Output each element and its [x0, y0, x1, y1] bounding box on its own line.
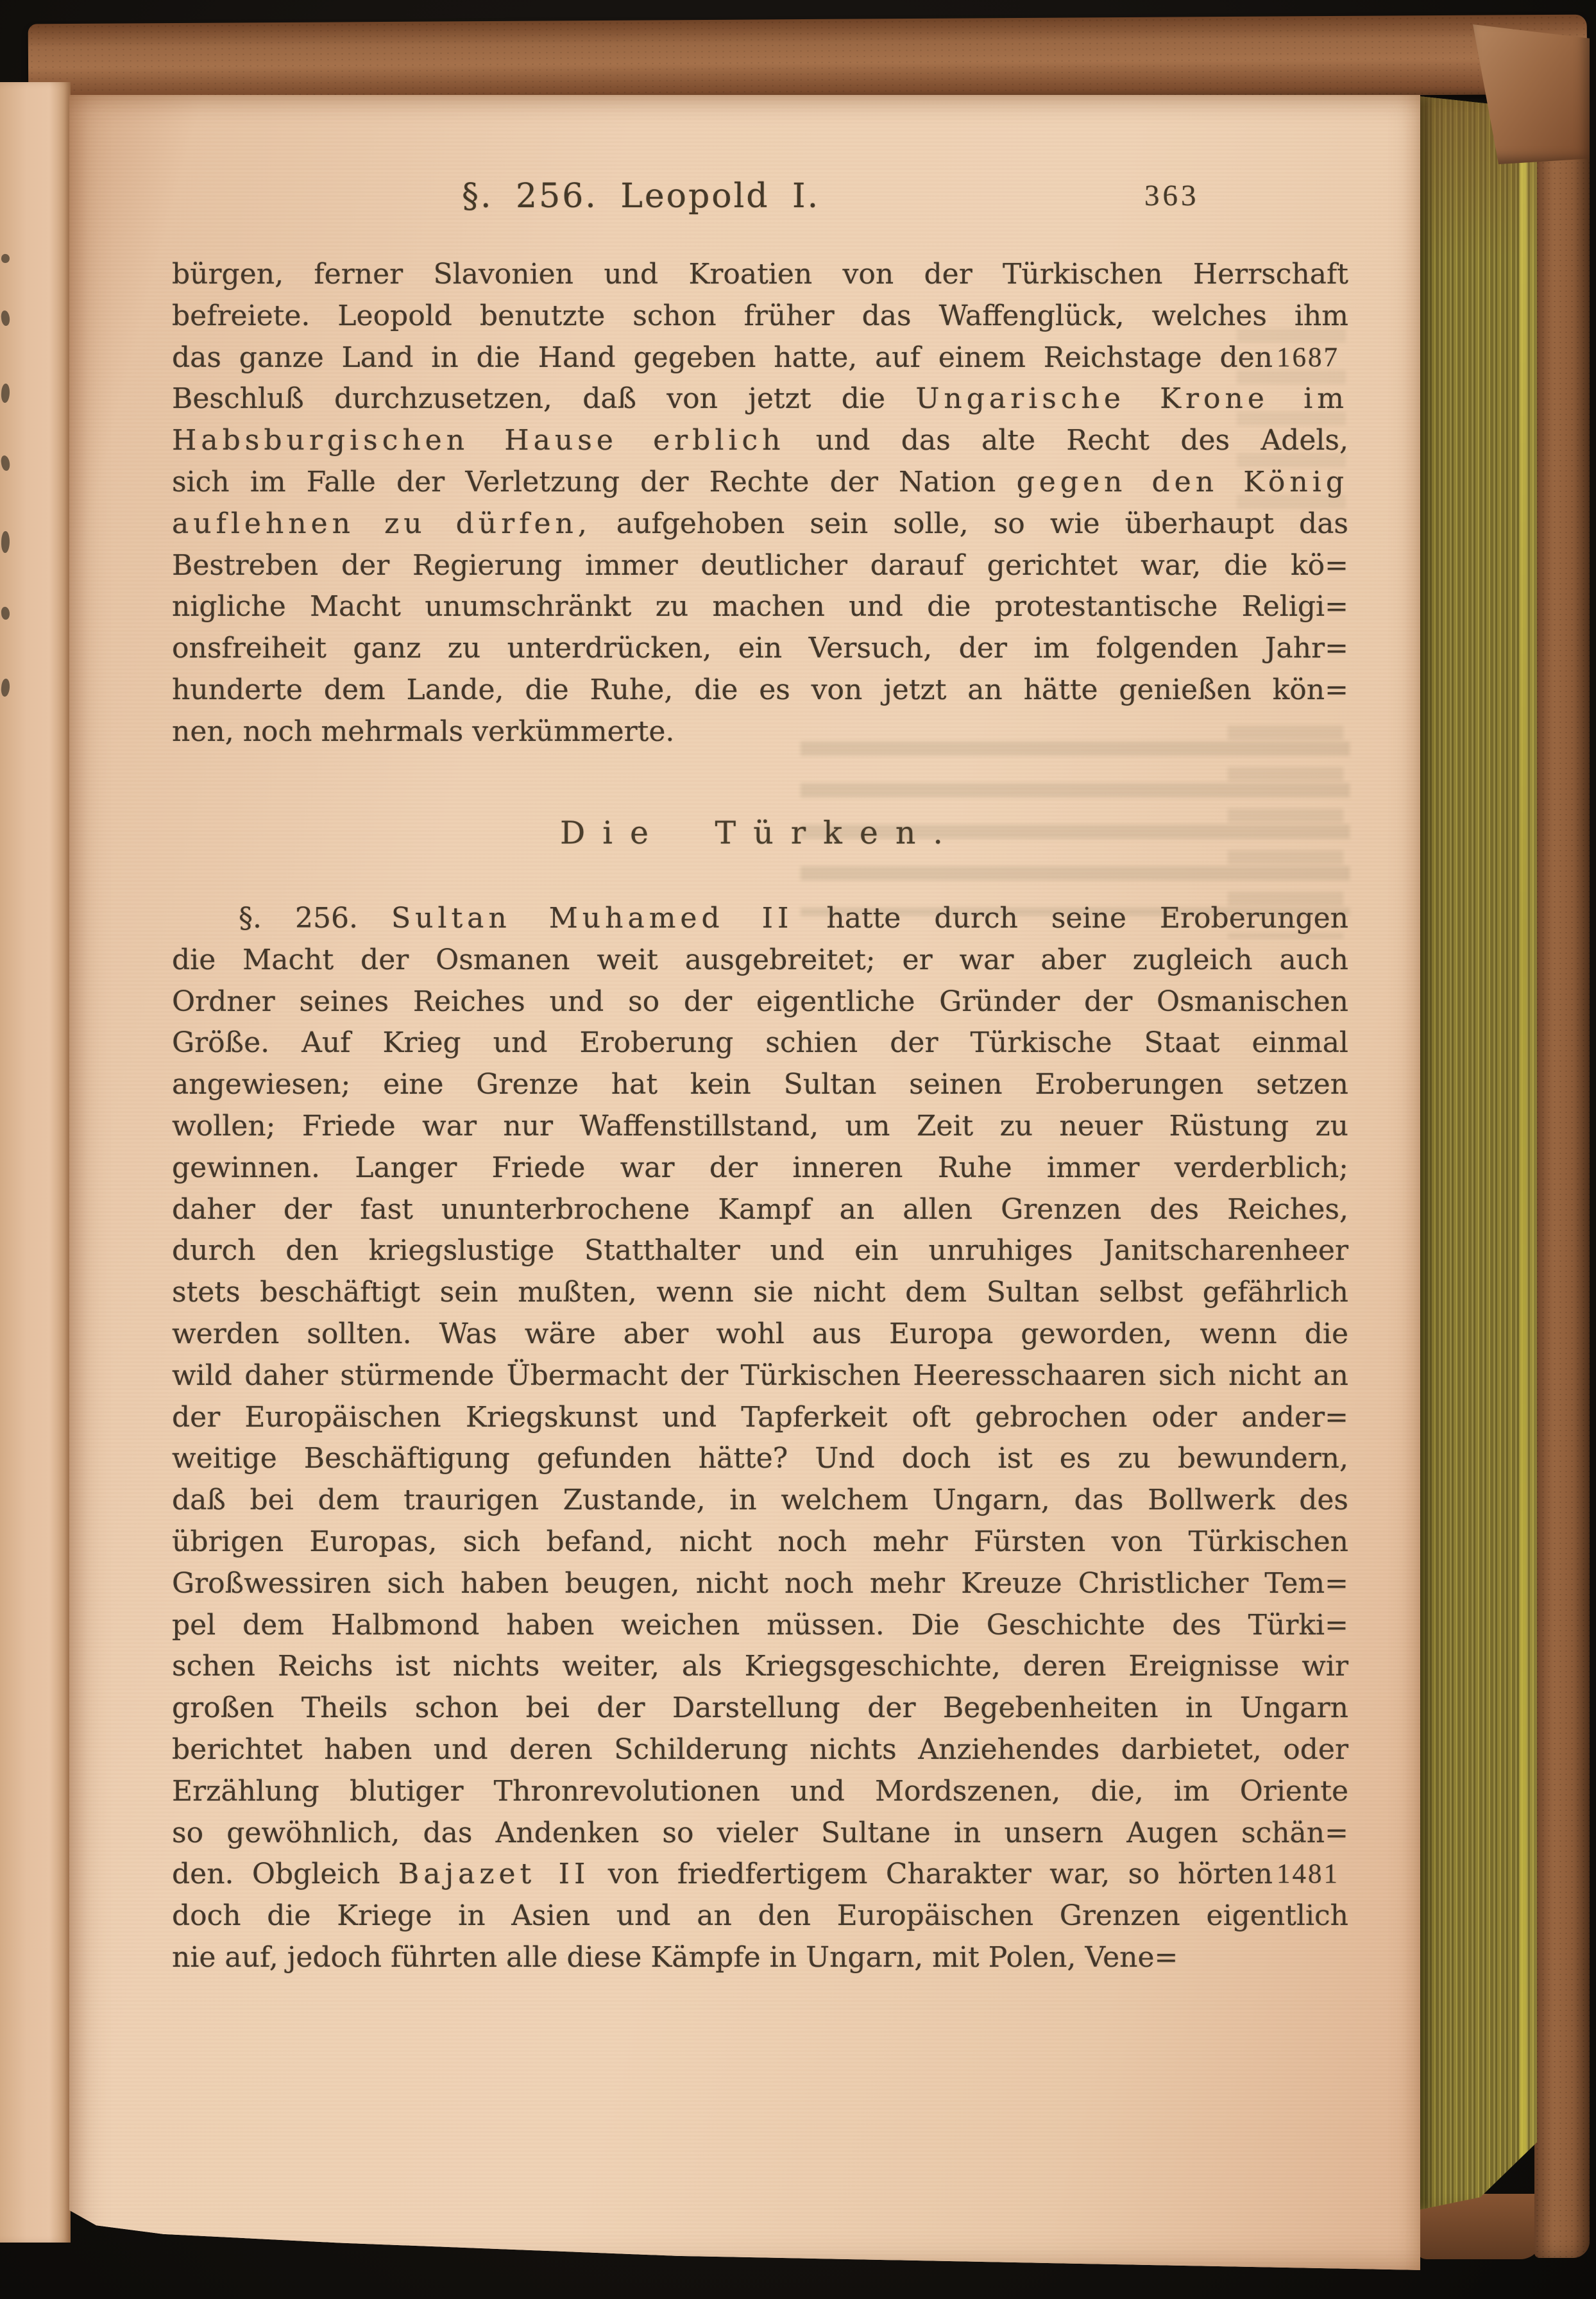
text-line: übrigen Europas, sich befand, nicht noch…	[172, 1522, 1348, 1563]
type-fragment	[1, 253, 10, 264]
body-text: übrigen Europas, sich befand, nicht noch…	[172, 1525, 1348, 1558]
text-line: §. 256. Sultan Muhamed II hatte durch se…	[172, 898, 1348, 940]
text-line: Großwessiren sich haben beugen, nicht no…	[172, 1563, 1348, 1605]
text-line: wild daher stürmende Übermacht der Türki…	[172, 1355, 1348, 1397]
body-text: Größe. Auf Krieg und Eroberung schien de…	[172, 1026, 1348, 1059]
body-text: nen, noch mehrmals verkümmerte.	[172, 715, 674, 748]
body-text: schen Reichs ist nichts weiter, als Krie…	[172, 1650, 1348, 1683]
body-text: wild daher stürmende Übermacht der Türki…	[172, 1359, 1348, 1392]
emphasized-text: Sultan Muhamed II	[391, 902, 793, 935]
text-line: daher der fast ununterbrochene Kampf an …	[172, 1189, 1348, 1231]
text-line: nen, noch mehrmals verkümmerte.	[172, 711, 1348, 753]
text-line: stets beschäftigt sein mußten, wenn sie …	[172, 1272, 1348, 1314]
text-line: durch den kriegslustige Statthalter und …	[172, 1230, 1348, 1272]
margin-year: 1481	[1277, 1854, 1352, 1896]
running-header: §. 256. Leopold I. 363	[172, 177, 1348, 223]
running-header-title: §. 256. Leopold I.	[462, 177, 820, 216]
text-line: berichtet haben und deren Schilderung ni…	[172, 1729, 1348, 1771]
text-line: werden sollten. Was wäre aber wohl aus E…	[172, 1314, 1348, 1355]
text-line: bürgen, ferner Slavonien und Kroatien vo…	[172, 254, 1348, 296]
body-text: onsfreiheit ganz zu unterdrücken, ein Ve…	[172, 632, 1348, 665]
text-line: doch die Kriege in Asien und an den Euro…	[172, 1896, 1348, 1937]
body-text: daher der fast ununterbrochene Kampf an …	[172, 1193, 1348, 1226]
body-text: aufgehoben sein solle, so wie überhaupt …	[591, 507, 1348, 540]
body-text: das ganze Land in die Hand gegeben hatte…	[172, 341, 1273, 374]
text-line: so gewöhnlich, das Andenken so vieler Su…	[172, 1813, 1348, 1854]
book-cover-top-edge	[28, 15, 1588, 104]
text-line: wollen; Friede war nur Waffenstillstand,…	[172, 1106, 1348, 1148]
text-line: den. Obgleich Bajazet II von friedfertig…	[172, 1854, 1348, 1896]
text-line: Ordner seines Reiches und so der eigentl…	[172, 981, 1348, 1023]
body-text: Großwessiren sich haben beugen, nicht no…	[172, 1567, 1348, 1600]
text-line: auflehnen zu dürfen, aufgehoben sein sol…	[172, 504, 1348, 545]
text-line: daß bei dem traurigen Zustande, in welch…	[172, 1480, 1348, 1522]
body-text: gewinnen. Langer Friede war der inneren …	[172, 1151, 1348, 1184]
text-line: das ganze Land in die Hand gegeben hatte…	[172, 337, 1348, 379]
text-line: Größe. Auf Krieg und Eroberung schien de…	[172, 1022, 1348, 1064]
book-page: §. 256. Leopold I. 363 bürgen, ferner Sl…	[69, 95, 1420, 2273]
body-text: werden sollten. Was wäre aber wohl aus E…	[172, 1318, 1348, 1350]
body-text: Erzählung blutiger Thronrevolutionen und…	[172, 1775, 1348, 1808]
text-line: Bestreben der Regierung immer deutlicher…	[172, 545, 1348, 587]
body-text: doch die Kriege in Asien und an den Euro…	[172, 1899, 1348, 1932]
section-heading: Die Türken.	[172, 815, 1348, 851]
emphasized-text: gegen den König	[1017, 466, 1348, 498]
text-line: weitige Beschäftigung gefunden hätte? Un…	[172, 1438, 1348, 1480]
body-text: nigliche Macht unumschränkt zu machen un…	[172, 590, 1348, 623]
type-fragment	[1, 531, 10, 553]
book-cover-right-board	[1534, 37, 1590, 2258]
page-number: 363	[1144, 178, 1200, 213]
text-line: nie auf, jedoch führten alle diese Kämpf…	[172, 1937, 1348, 1979]
margin-year: 1687	[1277, 337, 1352, 379]
text-line: befreiete. Leopold benutzte schon früher…	[172, 296, 1348, 337]
text-line: der Europäischen Kriegskunst und Tapferk…	[172, 1397, 1348, 1439]
text-line: hunderte dem Lande, die Ruhe, die es von…	[172, 670, 1348, 711]
body-text: befreiete. Leopold benutzte schon früher…	[172, 300, 1348, 332]
facing-page-sliver	[0, 82, 71, 2243]
book-scan: §. 256. Leopold I. 363 bürgen, ferner Sl…	[0, 0, 1596, 2299]
body-text: weitige Beschäftigung gefunden hätte? Un…	[172, 1442, 1348, 1475]
body-text: durch den kriegslustige Statthalter und …	[172, 1234, 1348, 1267]
body-text: der Europäischen Kriegskunst und Tapferk…	[172, 1401, 1348, 1434]
text-line: die Macht der Osmanen weit ausgebreitet;…	[172, 940, 1348, 981]
body-text: berichtet haben und deren Schilderung ni…	[172, 1733, 1348, 1766]
body-text: von friedfertigem Charakter war, so hört…	[590, 1858, 1273, 1890]
text-line: pel dem Halbmond haben weichen müssen. D…	[172, 1605, 1348, 1647]
type-fragment	[1, 384, 10, 403]
body-text: bürgen, ferner Slavonien und Kroatien vo…	[172, 258, 1348, 291]
text-line: onsfreiheit ganz zu unterdrücken, ein Ve…	[172, 628, 1348, 670]
text-line: gewinnen. Langer Friede war der inneren …	[172, 1148, 1348, 1189]
emphasized-text: Ungarische Krone im	[915, 382, 1348, 415]
type-fragment	[1, 678, 11, 697]
body-text: angewiesen; eine Grenze hat kein Sultan …	[172, 1068, 1348, 1101]
body-text: Bestreben der Regierung immer deutlicher…	[172, 549, 1348, 582]
body-text: hatte durch seine Eroberungen	[793, 902, 1348, 935]
type-fragment	[1, 607, 10, 620]
body-text: pel dem Halbmond haben weichen müssen. D…	[172, 1609, 1348, 1642]
body-text: Ordner seines Reiches und so der eigentl…	[172, 985, 1348, 1018]
body-text: stets beschäftigt sein mußten, wenn sie …	[172, 1276, 1348, 1309]
paragraph-1: bürgen, ferner Slavonien und Kroatien vo…	[172, 254, 1348, 753]
paragraph-2: §. 256. Sultan Muhamed II hatte durch se…	[172, 898, 1348, 1979]
body-text: nie auf, jedoch führten alle diese Kämpf…	[172, 1941, 1178, 1974]
body-text: großen Theils schon bei der Darstellung …	[172, 1692, 1348, 1724]
body-text: sich im Falle der Verletzung der Rechte …	[172, 466, 1017, 498]
body-text: den. Obgleich	[172, 1858, 398, 1890]
body-text: Beschluß durchzusetzen, daß von jetzt di…	[172, 382, 915, 415]
body-text: und das alte Recht des Adels,	[785, 424, 1348, 457]
body-text: wollen; Friede war nur Waffenstillstand,…	[172, 1110, 1348, 1142]
body-text: §. 256.	[239, 902, 391, 935]
body-text: daß bei dem traurigen Zustande, in welch…	[172, 1484, 1348, 1516]
text-line: angewiesen; eine Grenze hat kein Sultan …	[172, 1064, 1348, 1106]
type-fragment	[1, 310, 10, 326]
text-line: Erzählung blutiger Thronrevolutionen und…	[172, 1771, 1348, 1813]
body-text: die Macht der Osmanen weit ausgebreitet;…	[172, 944, 1348, 976]
text-line: sich im Falle der Verletzung der Rechte …	[172, 462, 1348, 504]
emphasized-text: auflehnen zu dürfen,	[172, 507, 591, 540]
emphasized-text: Bajazet II	[398, 1858, 590, 1890]
text-line: Habsburgischen Hause erblich und das alt…	[172, 420, 1348, 462]
book-fore-edge-pages	[1419, 96, 1537, 2210]
body-text: hunderte dem Lande, die Ruhe, die es von…	[172, 674, 1348, 706]
text-line: großen Theils schon bei der Darstellung …	[172, 1688, 1348, 1729]
type-fragment	[0, 455, 11, 471]
body-text: so gewöhnlich, das Andenken so vieler Su…	[172, 1817, 1348, 1849]
text-column: §. 256. Leopold I. 363 bürgen, ferner Sl…	[172, 95, 1348, 2273]
text-line: nigliche Macht unumschränkt zu machen un…	[172, 586, 1348, 628]
emphasized-text: Habsburgischen Hause erblich	[172, 424, 785, 457]
text-line: schen Reichs ist nichts weiter, als Krie…	[172, 1646, 1348, 1688]
text-line: Beschluß durchzusetzen, daß von jetzt di…	[172, 378, 1348, 420]
